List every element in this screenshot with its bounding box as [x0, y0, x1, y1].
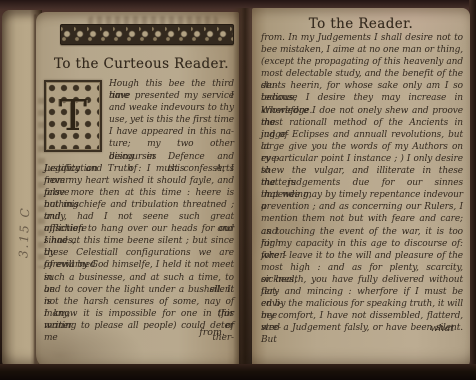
text-line: and to cover the light under a bushell. …: [44, 284, 234, 296]
text-line: from my heart wished it should fayle, an…: [44, 175, 234, 187]
text-line: ing of Eclipses and annuall revolutions,…: [261, 129, 463, 141]
text-line: for my capacity in this age to discourse…: [261, 238, 463, 250]
left-page-heading: To the Curteous Reader.: [36, 56, 239, 72]
text-line: from. In my Judgements I shall desire no…: [261, 32, 463, 44]
drop-cap-letter: T: [59, 95, 87, 137]
text-line: large give you the words of my Authors o…: [261, 141, 463, 153]
text-line: as touching the event of the war, it is …: [261, 226, 463, 238]
woodcut-initial: T: [44, 80, 102, 152]
left-catchword: from.: [199, 327, 225, 338]
text-line: my comfort, I have not dissembled, flatt…: [261, 310, 463, 322]
text-line: not the harsh censures of some, nay of m…: [44, 296, 234, 308]
right-page-heading: To the Reader.: [252, 16, 470, 32]
text-line: tery and mincing : wherfore if I must be…: [261, 286, 463, 298]
text-line: most rationall method of the Ancients in…: [261, 117, 463, 129]
text-line: being in Defence and Justification of th…: [44, 151, 234, 163]
text-line: ed by the malicious for speaking truth, …: [261, 298, 463, 310]
text-line: these Celestiall configurations we are f…: [44, 247, 234, 259]
text-line: Wherefore I doe not onely shew and proov…: [261, 105, 463, 117]
left-page: To the Curteous Reader. T Hough this bee…: [36, 12, 239, 370]
book-photo: 3.15 C To the Curteous Reader. T Hough t…: [0, 0, 476, 380]
text-line: most delectable study, and the benefit o…: [261, 68, 463, 80]
text-line: because I desire they may increase in kn…: [261, 92, 463, 104]
text-line: prevention ; and as concerning our Ruler…: [261, 201, 463, 213]
handwritten-shelfmark: 3.15 C: [16, 168, 33, 258]
text-line: that wee may by timely repentance indevo…: [261, 189, 463, 201]
left-page-text: T Hough this bee the third time Ihave pr…: [44, 78, 234, 332]
text-line: ry particular point I instance ; ) I onl…: [261, 153, 463, 165]
right-page-lines: from. In my Judgements I shall desire no…: [261, 32, 463, 334]
right-page-text: from. In my Judgements I shall desire no…: [261, 32, 463, 334]
text-line: fore I leave it to the will and pleasure…: [261, 250, 463, 262]
text-line: but mischiefe and tribulation threatned …: [44, 199, 234, 211]
text-line: (except the propagating of this heavenly…: [261, 56, 463, 68]
text-line: of evill by God himselfe, I held it not …: [44, 259, 234, 271]
text-line: such a businesse, and at such a time, to…: [44, 272, 234, 284]
photo-bottom-border: [0, 364, 476, 380]
text-line: false more then at this time : heere is …: [44, 187, 234, 199]
text-line: dents heerin, for whose sake only am I s…: [261, 80, 463, 92]
text-line: affliction to hang over our heads for ou…: [44, 223, 234, 235]
text-line: mention them not but with feare and care…: [261, 213, 463, 225]
text-line: Legality and Truth : I must confesse, I …: [44, 163, 234, 175]
text-line: truly, had I not seene such great mischi…: [44, 211, 234, 223]
text-line: I had at this time beene silent ; but si…: [44, 235, 234, 247]
right-catchword: what: [430, 323, 454, 334]
text-line: or health, you have fully delivered with…: [261, 274, 463, 286]
text-line: bee mistaken, I aime at no one man or th…: [261, 44, 463, 56]
text-line: the judgements due for our sinnes impend…: [261, 177, 463, 189]
text-line: I know it is impossible for one in this …: [44, 308, 234, 320]
text-line: most high : and as for plenty, scarcity,…: [261, 262, 463, 274]
photo-right-border: [469, 0, 476, 380]
ornament-band: [60, 24, 234, 45]
right-page: To the Reader. from. In my Judgements I …: [252, 8, 470, 370]
text-line: shew the vulgar, and illiterate in these…: [261, 165, 463, 177]
